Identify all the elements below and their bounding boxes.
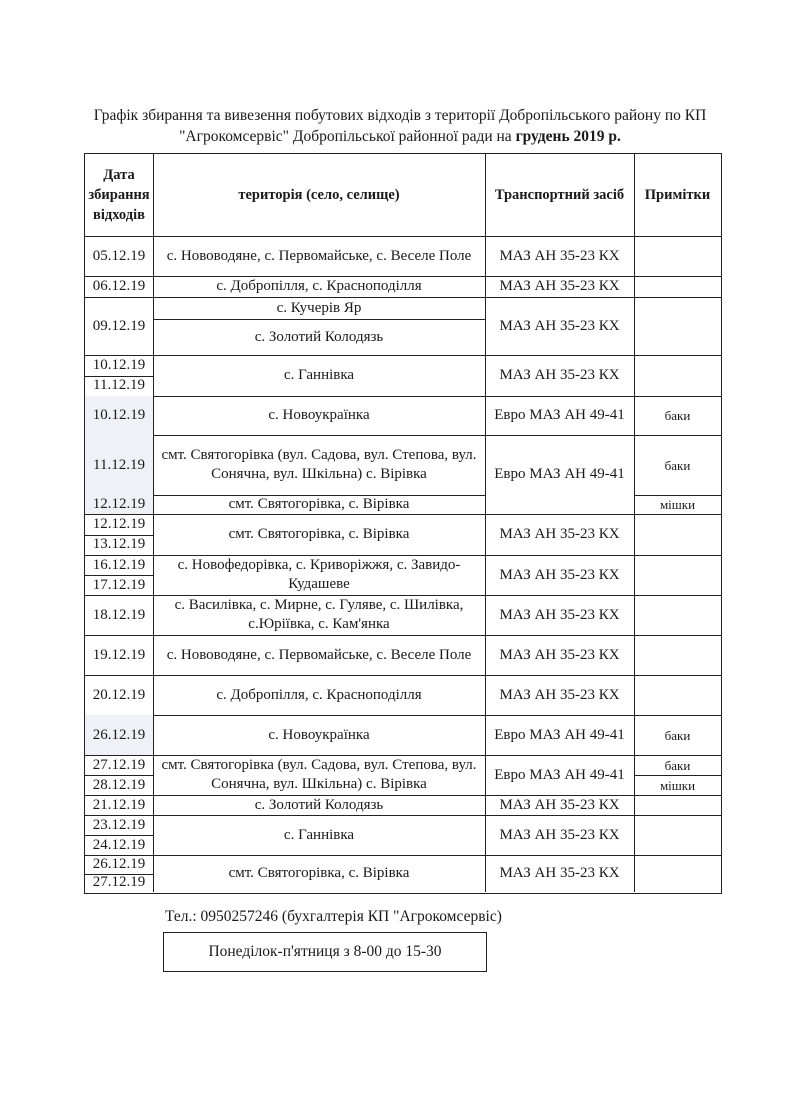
notes-cell	[634, 236, 721, 276]
date-cell: 16.12.19	[85, 555, 153, 575]
row-divider	[85, 775, 153, 776]
territory-cell: с. Новофедорівка, с. Криворіжжя, с. Зави…	[153, 555, 485, 595]
transport-cell: МАЗ АН 35-23 КХ	[485, 355, 634, 396]
territory-cell: смт. Святогорівка (вул. Садова, вул. Сте…	[153, 755, 485, 795]
date-cell: 28.12.19	[85, 775, 153, 795]
transport-cell: Евро МАЗ АН 49-41	[485, 435, 634, 514]
date-cell: 18.12.19	[85, 595, 153, 635]
transport-cell: МАЗ АН 35-23 КХ	[485, 514, 634, 555]
notes-cell	[634, 795, 721, 815]
territory-cell: смт. Святогорівка, с. Вірівка	[153, 514, 485, 555]
working-hours: Понеділок-п'ятниця з 8-00 до 15-30	[208, 943, 441, 961]
territory-cell: с. Добропілля, с. Красноподілля	[153, 675, 485, 715]
notes-cell: баки	[634, 435, 721, 495]
row-divider	[85, 575, 153, 576]
schedule-table: Дата збирання відходівтериторія (село, с…	[84, 153, 722, 894]
date-cell: 20.12.19	[85, 675, 153, 715]
notes-cell	[634, 815, 721, 855]
date-cell: 13.12.19	[85, 535, 153, 556]
header-notes: Примітки	[634, 154, 721, 236]
row-divider	[85, 874, 153, 875]
transport-cell: Евро МАЗ АН 49-41	[485, 755, 634, 795]
row-divider	[153, 319, 485, 320]
date-cell: 24.12.19	[85, 835, 153, 855]
transport-cell: МАЗ АН 35-23 КХ	[485, 815, 634, 855]
notes-cell: баки	[634, 755, 721, 775]
date-cell: 11.12.19	[85, 435, 153, 495]
transport-cell: МАЗ АН 35-23 КХ	[485, 595, 634, 635]
date-cell: 27.12.19	[85, 755, 153, 775]
notes-cell	[634, 297, 721, 355]
transport-cell: МАЗ АН 35-23 КХ	[485, 635, 634, 675]
date-cell: 12.12.19	[85, 495, 153, 514]
territory-cell: с. Нововодяне, с. Первомайське, с. Весел…	[153, 236, 485, 276]
notes-cell	[634, 855, 721, 892]
territory-cell: смт. Святогорівка (вул. Садова, вул. Сте…	[153, 435, 485, 495]
date-cell: 10.12.19	[85, 355, 153, 376]
territory-cell: с. Василівка, с. Мирне, с. Гуляве, с. Ши…	[153, 595, 485, 635]
date-cell: 10.12.19	[85, 396, 153, 435]
title-period: грудень 2019 р.	[516, 128, 621, 145]
date-cell: 06.12.19	[85, 276, 153, 297]
notes-cell: баки	[634, 715, 721, 755]
territory-cell: с. Добропілля, с. Красноподілля	[153, 276, 485, 297]
header-date: Дата збирання відходів	[85, 154, 153, 236]
transport-cell: МАЗ АН 35-23 КХ	[485, 675, 634, 715]
territory-cell: с. Золотий Колодязь	[153, 319, 485, 355]
title-line-2: "Агрокомсервіс" Добропільської районної …	[60, 126, 740, 147]
transport-cell: МАЗ АН 35-23 КХ	[485, 297, 634, 355]
transport-cell: Евро МАЗ АН 49-41	[485, 715, 634, 755]
date-cell: 26.12.19	[85, 855, 153, 874]
territory-cell: с. Нововодяне, с. Первомайське, с. Весел…	[153, 635, 485, 675]
transport-cell: МАЗ АН 35-23 КХ	[485, 555, 634, 595]
transport-cell: МАЗ АН 35-23 КХ	[485, 855, 634, 892]
notes-cell	[634, 276, 721, 297]
title-line-1: Графік збирання та вивезення побутових в…	[60, 105, 740, 126]
date-cell: 19.12.19	[85, 635, 153, 675]
header-transport: Транспортний засіб	[485, 154, 634, 236]
notes-cell: мішки	[634, 495, 721, 514]
header-territory: територія (село, селище)	[153, 154, 485, 236]
contact-phone: Тел.: 0950257246 (бухгалтерія КП "Агроко…	[165, 908, 502, 926]
notes-cell	[634, 555, 721, 595]
date-cell: 05.12.19	[85, 236, 153, 276]
transport-cell: Евро МАЗ АН 49-41	[485, 396, 634, 435]
notes-cell	[634, 355, 721, 396]
date-cell: 26.12.19	[85, 715, 153, 755]
row-divider	[85, 376, 153, 377]
date-cell: 09.12.19	[85, 297, 153, 355]
working-hours-box: Понеділок-п'ятниця з 8-00 до 15-30	[163, 932, 487, 972]
transport-cell: МАЗ АН 35-23 КХ	[485, 236, 634, 276]
date-cell: 12.12.19	[85, 514, 153, 535]
document-title: Графік збирання та вивезення побутових в…	[60, 105, 740, 147]
notes-cell	[634, 514, 721, 555]
date-cell: 23.12.19	[85, 815, 153, 835]
territory-cell: с. Ганнівка	[153, 815, 485, 855]
territory-cell: смт. Святогорівка, с. Вірівка	[153, 495, 485, 514]
date-cell: 21.12.19	[85, 795, 153, 815]
territory-cell: смт. Святогорівка, с. Вірівка	[153, 855, 485, 892]
notes-cell: баки	[634, 396, 721, 435]
territory-cell: с. Ганнівка	[153, 355, 485, 396]
row-divider	[634, 775, 721, 776]
territory-cell: с. Кучерів Яр	[153, 297, 485, 319]
date-cell: 11.12.19	[85, 376, 153, 397]
transport-cell: МАЗ АН 35-23 КХ	[485, 795, 634, 815]
territory-cell: с. Золотий Колодязь	[153, 795, 485, 815]
notes-cell	[634, 595, 721, 635]
notes-cell	[634, 635, 721, 675]
territory-cell: с. Новоукраїнка	[153, 396, 485, 435]
notes-cell: мішки	[634, 775, 721, 795]
date-cell: 27.12.19	[85, 874, 153, 893]
territory-cell: с. Новоукраїнка	[153, 715, 485, 755]
row-divider	[85, 835, 153, 836]
transport-cell: МАЗ АН 35-23 КХ	[485, 276, 634, 297]
notes-cell	[634, 675, 721, 715]
row-divider	[85, 535, 153, 536]
date-cell: 17.12.19	[85, 575, 153, 595]
